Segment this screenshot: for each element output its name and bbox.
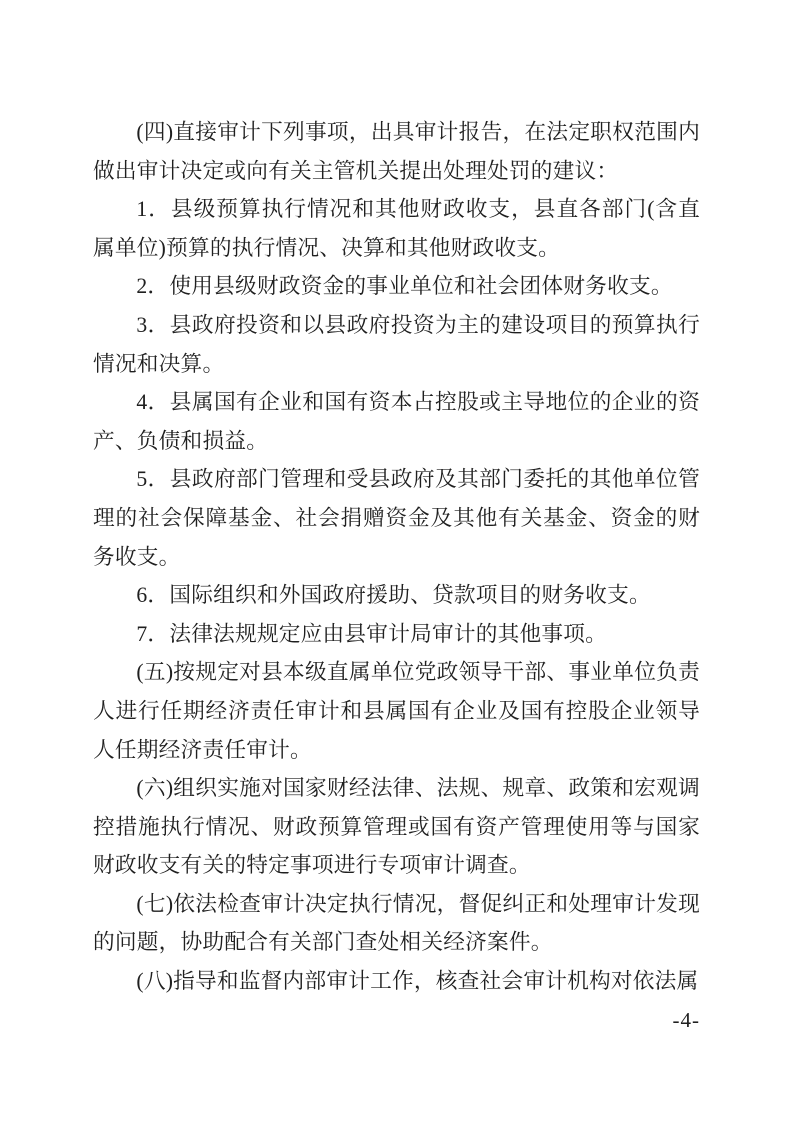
- paragraph-point-3: 3．县政府投资和以县政府投资为主的建设项目的预算执行情况和决算。: [93, 306, 700, 383]
- paragraph-point-1: 1．县级预算执行情况和其他财政收支，县直各部门(含直属单位)预算的执行情况、决算…: [93, 190, 700, 267]
- page-number: -4-: [93, 1008, 700, 1032]
- paragraph-point-2: 2．使用县级财政资金的事业单位和社会团体财务收支。: [93, 267, 700, 306]
- paragraph-point-4: 4．县属国有企业和国有资本占控股或主导地位的企业的资产、负债和损益。: [93, 383, 700, 460]
- paragraph-item-4: (四)直接审计下列事项，出具审计报告，在法定职权范围内做出审计决定或向有关主管机…: [93, 113, 700, 190]
- paragraph-point-5: 5．县政府部门管理和受县政府及其部门委托的其他单位管理的社会保障基金、社会捐赠资…: [93, 460, 700, 576]
- paragraph-item-8: (八)指导和监督内部审计工作，核查社会审计机构对依法属: [93, 962, 700, 1001]
- paragraph-point-6: 6．国际组织和外国政府援助、贷款项目的财务收支。: [93, 576, 700, 615]
- paragraph-item-6: (六)组织实施对国家财经法律、法规、规章、政策和宏观调控措施执行情况、财政预算管…: [93, 769, 700, 885]
- paragraph-item-5: (五)按规定对县本级直属单位党政领导干部、事业单位负责人进行任期经济责任审计和县…: [93, 653, 700, 769]
- document-body: (四)直接审计下列事项，出具审计报告，在法定职权范围内做出审计决定或向有关主管机…: [93, 113, 700, 1001]
- paragraph-point-7: 7．法律法规规定应由县审计局审计的其他事项。: [93, 615, 700, 654]
- paragraph-item-7: (七)依法检查审计决定执行情况，督促纠正和处理审计发现的问题，协助配合有关部门查…: [93, 885, 700, 962]
- document-page: (四)直接审计下列事项，出具审计报告，在法定职权范围内做出审计决定或向有关主管机…: [0, 0, 793, 1122]
